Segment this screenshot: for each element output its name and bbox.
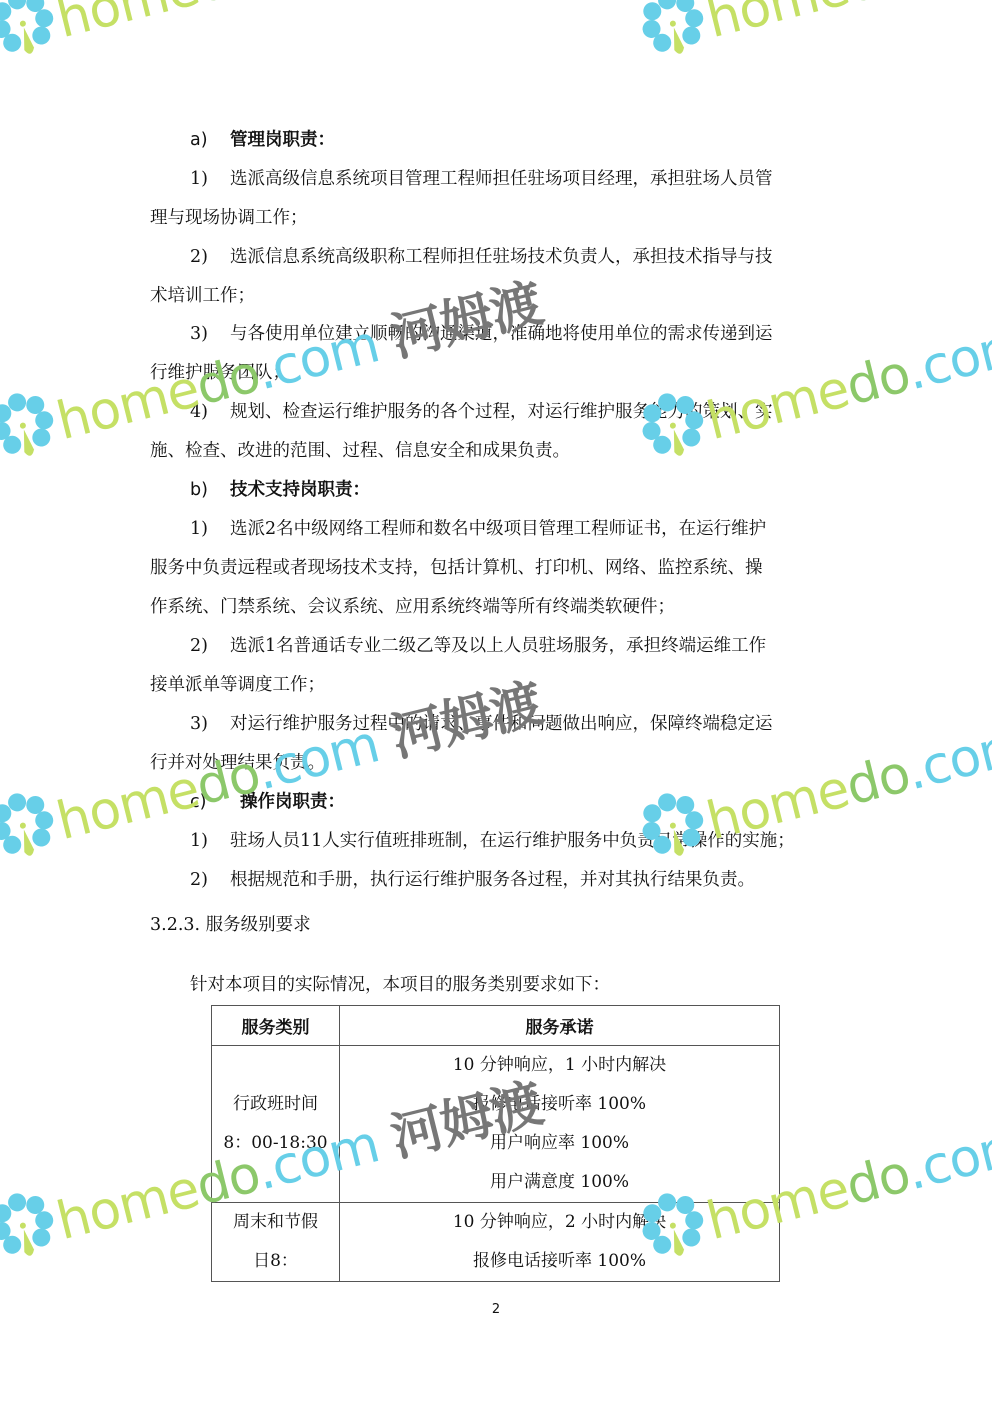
paragraph-a4-cont: 施、检查、改进的范围、过程、信息安全和成果负责。 xyxy=(150,439,570,463)
section-b-title: 技术支持岗职责： xyxy=(230,480,370,500)
paragraph-b2-cont: 接单派单等调度工作； xyxy=(150,673,325,697)
paragraph-text: 选派2名中级网络工程师和数名中级项目管理工程师证书，在运行维护 xyxy=(230,519,766,539)
section-a-label: a) xyxy=(190,128,230,152)
paragraph-a3-cont: 行维护服务团队； xyxy=(150,361,290,385)
section-c-label: c) xyxy=(190,790,240,814)
table-intro: 针对本项目的实际情况，本项目的服务类别要求如下： xyxy=(190,973,610,997)
subsection-heading: 3.2.3. 服务级别要求 xyxy=(150,913,311,937)
section-b-heading: b)技术支持岗职责： xyxy=(190,478,370,502)
paragraph-b1-cont: 服务中负责远程或者现场技术支持，包括计算机、打印机、网络、监控系统、操 xyxy=(150,556,763,580)
commitment-item: 报修电话接听率 100% xyxy=(340,1242,779,1281)
table-row: 周末和节假 日8： 10 分钟响应，2 小时内解决 报修电话接听率 100% xyxy=(212,1203,780,1282)
commitment-item: 10 分钟响应，1 小时内解决 xyxy=(340,1046,779,1085)
paragraph-c1: 1)驻场人员11人实行值班排班制，在运行维护服务中负责日常操作的实施； xyxy=(190,829,795,853)
commitment-item: 10 分钟响应，2 小时内解决 xyxy=(340,1203,779,1242)
paragraph-text: 与各使用单位建立顺畅的沟通渠道，准确地将使用单位的需求传递到运 xyxy=(230,324,773,344)
service-level-table: 服务类别 服务承诺 行政班时间 8：00-18:30 10 分钟响应，1 小时内… xyxy=(211,1005,780,1282)
item-number: 3) xyxy=(190,712,230,736)
paragraph-text: 驻场人员11人实行值班排班制，在运行维护服务中负责日常操作的实施； xyxy=(230,831,795,851)
paragraph-a4: 4)规划、检查运行维护服务的各个过程，对运行维护服务能力的策划、实 xyxy=(190,400,773,424)
subsection-number: 3.2.3. xyxy=(150,915,200,935)
item-number: 1) xyxy=(190,167,230,191)
table-header-row: 服务类别 服务承诺 xyxy=(212,1006,780,1046)
paragraph-b1: 1)选派2名中级网络工程师和数名中级项目管理工程师证书，在运行维护 xyxy=(190,517,766,541)
commitment-item: 报修电话接听率 100% xyxy=(340,1085,779,1124)
item-number: 1) xyxy=(190,517,230,541)
paragraph-b3: 3)对运行维护服务过程中的请求、事件和问题做出响应，保障终端稳定运 xyxy=(190,712,773,736)
paragraph-text: 规划、检查运行维护服务的各个过程，对运行维护服务能力的策划、实 xyxy=(230,402,773,422)
document-page: a)管理岗职责： 1)选派高级信息系统项目管理工程师担任驻场项目经理，承担驻场人… xyxy=(0,0,992,1403)
item-number: 4) xyxy=(190,400,230,424)
paragraph-a1: 1)选派高级信息系统项目管理工程师担任驻场项目经理，承担驻场人员管 xyxy=(190,167,773,191)
item-number: 2) xyxy=(190,634,230,658)
paragraph-b2: 2)选派1名普通话专业二级乙等及以上人员驻场服务，承担终端运维工作 xyxy=(190,634,766,658)
category-cell: 行政班时间 8：00-18:30 xyxy=(212,1046,340,1203)
paragraph-a2: 2)选派信息系统高级职称工程师担任驻场技术负责人，承担技术指导与技 xyxy=(190,245,773,269)
item-number: 2) xyxy=(190,868,230,892)
paragraph-a2-cont: 术培训工作； xyxy=(150,284,255,308)
paragraph-text: 对运行维护服务过程中的请求、事件和问题做出响应，保障终端稳定运 xyxy=(230,714,773,734)
paragraph-a1-cont: 理与现场协调工作； xyxy=(150,206,308,230)
commitment-item: 用户响应率 100% xyxy=(340,1124,779,1163)
item-number: 2) xyxy=(190,245,230,269)
header-service-commitment: 服务承诺 xyxy=(340,1006,780,1046)
category-hours: 日8： xyxy=(212,1242,339,1281)
paragraph-b3-cont: 行并对处理结果负责。 xyxy=(150,751,325,775)
commitment-item: 用户满意度 100% xyxy=(340,1163,779,1202)
header-service-category: 服务类别 xyxy=(212,1006,340,1046)
commitment-cell: 10 分钟响应，1 小时内解决 报修电话接听率 100% 用户响应率 100% … xyxy=(340,1046,780,1203)
category-text: 周末和节假 xyxy=(212,1203,339,1242)
section-c-title: 操作岗职责： xyxy=(240,792,345,812)
category-cell: 周末和节假 日8： xyxy=(212,1203,340,1282)
paragraph-text: 选派高级信息系统项目管理工程师担任驻场项目经理，承担驻场人员管 xyxy=(230,169,773,189)
paragraph-text: 选派信息系统高级职称工程师担任驻场技术负责人，承担技术指导与技 xyxy=(230,247,773,267)
paragraph-c2: 2)根据规范和手册，执行运行维护服务各过程，并对其执行结果负责。 xyxy=(190,868,755,892)
paragraph-b1-cont2: 作系统、门禁系统、会议系统、应用系统终端等所有终端类软硬件； xyxy=(150,595,675,619)
commitment-cell: 10 分钟响应，2 小时内解决 报修电话接听率 100% xyxy=(340,1203,780,1282)
subsection-title: 服务级别要求 xyxy=(206,915,311,935)
section-c-heading: c)操作岗职责： xyxy=(190,790,345,814)
section-a-title: 管理岗职责： xyxy=(230,130,335,150)
paragraph-text: 选派1名普通话专业二级乙等及以上人员驻场服务，承担终端运维工作 xyxy=(230,636,766,656)
paragraph-text: 根据规范和手册，执行运行维护服务各过程，并对其执行结果负责。 xyxy=(230,870,755,890)
section-b-label: b) xyxy=(190,478,230,502)
item-number: 1) xyxy=(190,829,230,853)
section-a-heading: a)管理岗职责： xyxy=(190,128,335,152)
page-number: 2 xyxy=(0,1302,992,1317)
item-number: 3) xyxy=(190,322,230,346)
table-row: 行政班时间 8：00-18:30 10 分钟响应，1 小时内解决 报修电话接听率… xyxy=(212,1046,780,1203)
category-text: 行政班时间 xyxy=(212,1085,339,1124)
category-hours: 8：00-18:30 xyxy=(212,1124,339,1163)
paragraph-a3: 3)与各使用单位建立顺畅的沟通渠道，准确地将使用单位的需求传递到运 xyxy=(190,322,773,346)
